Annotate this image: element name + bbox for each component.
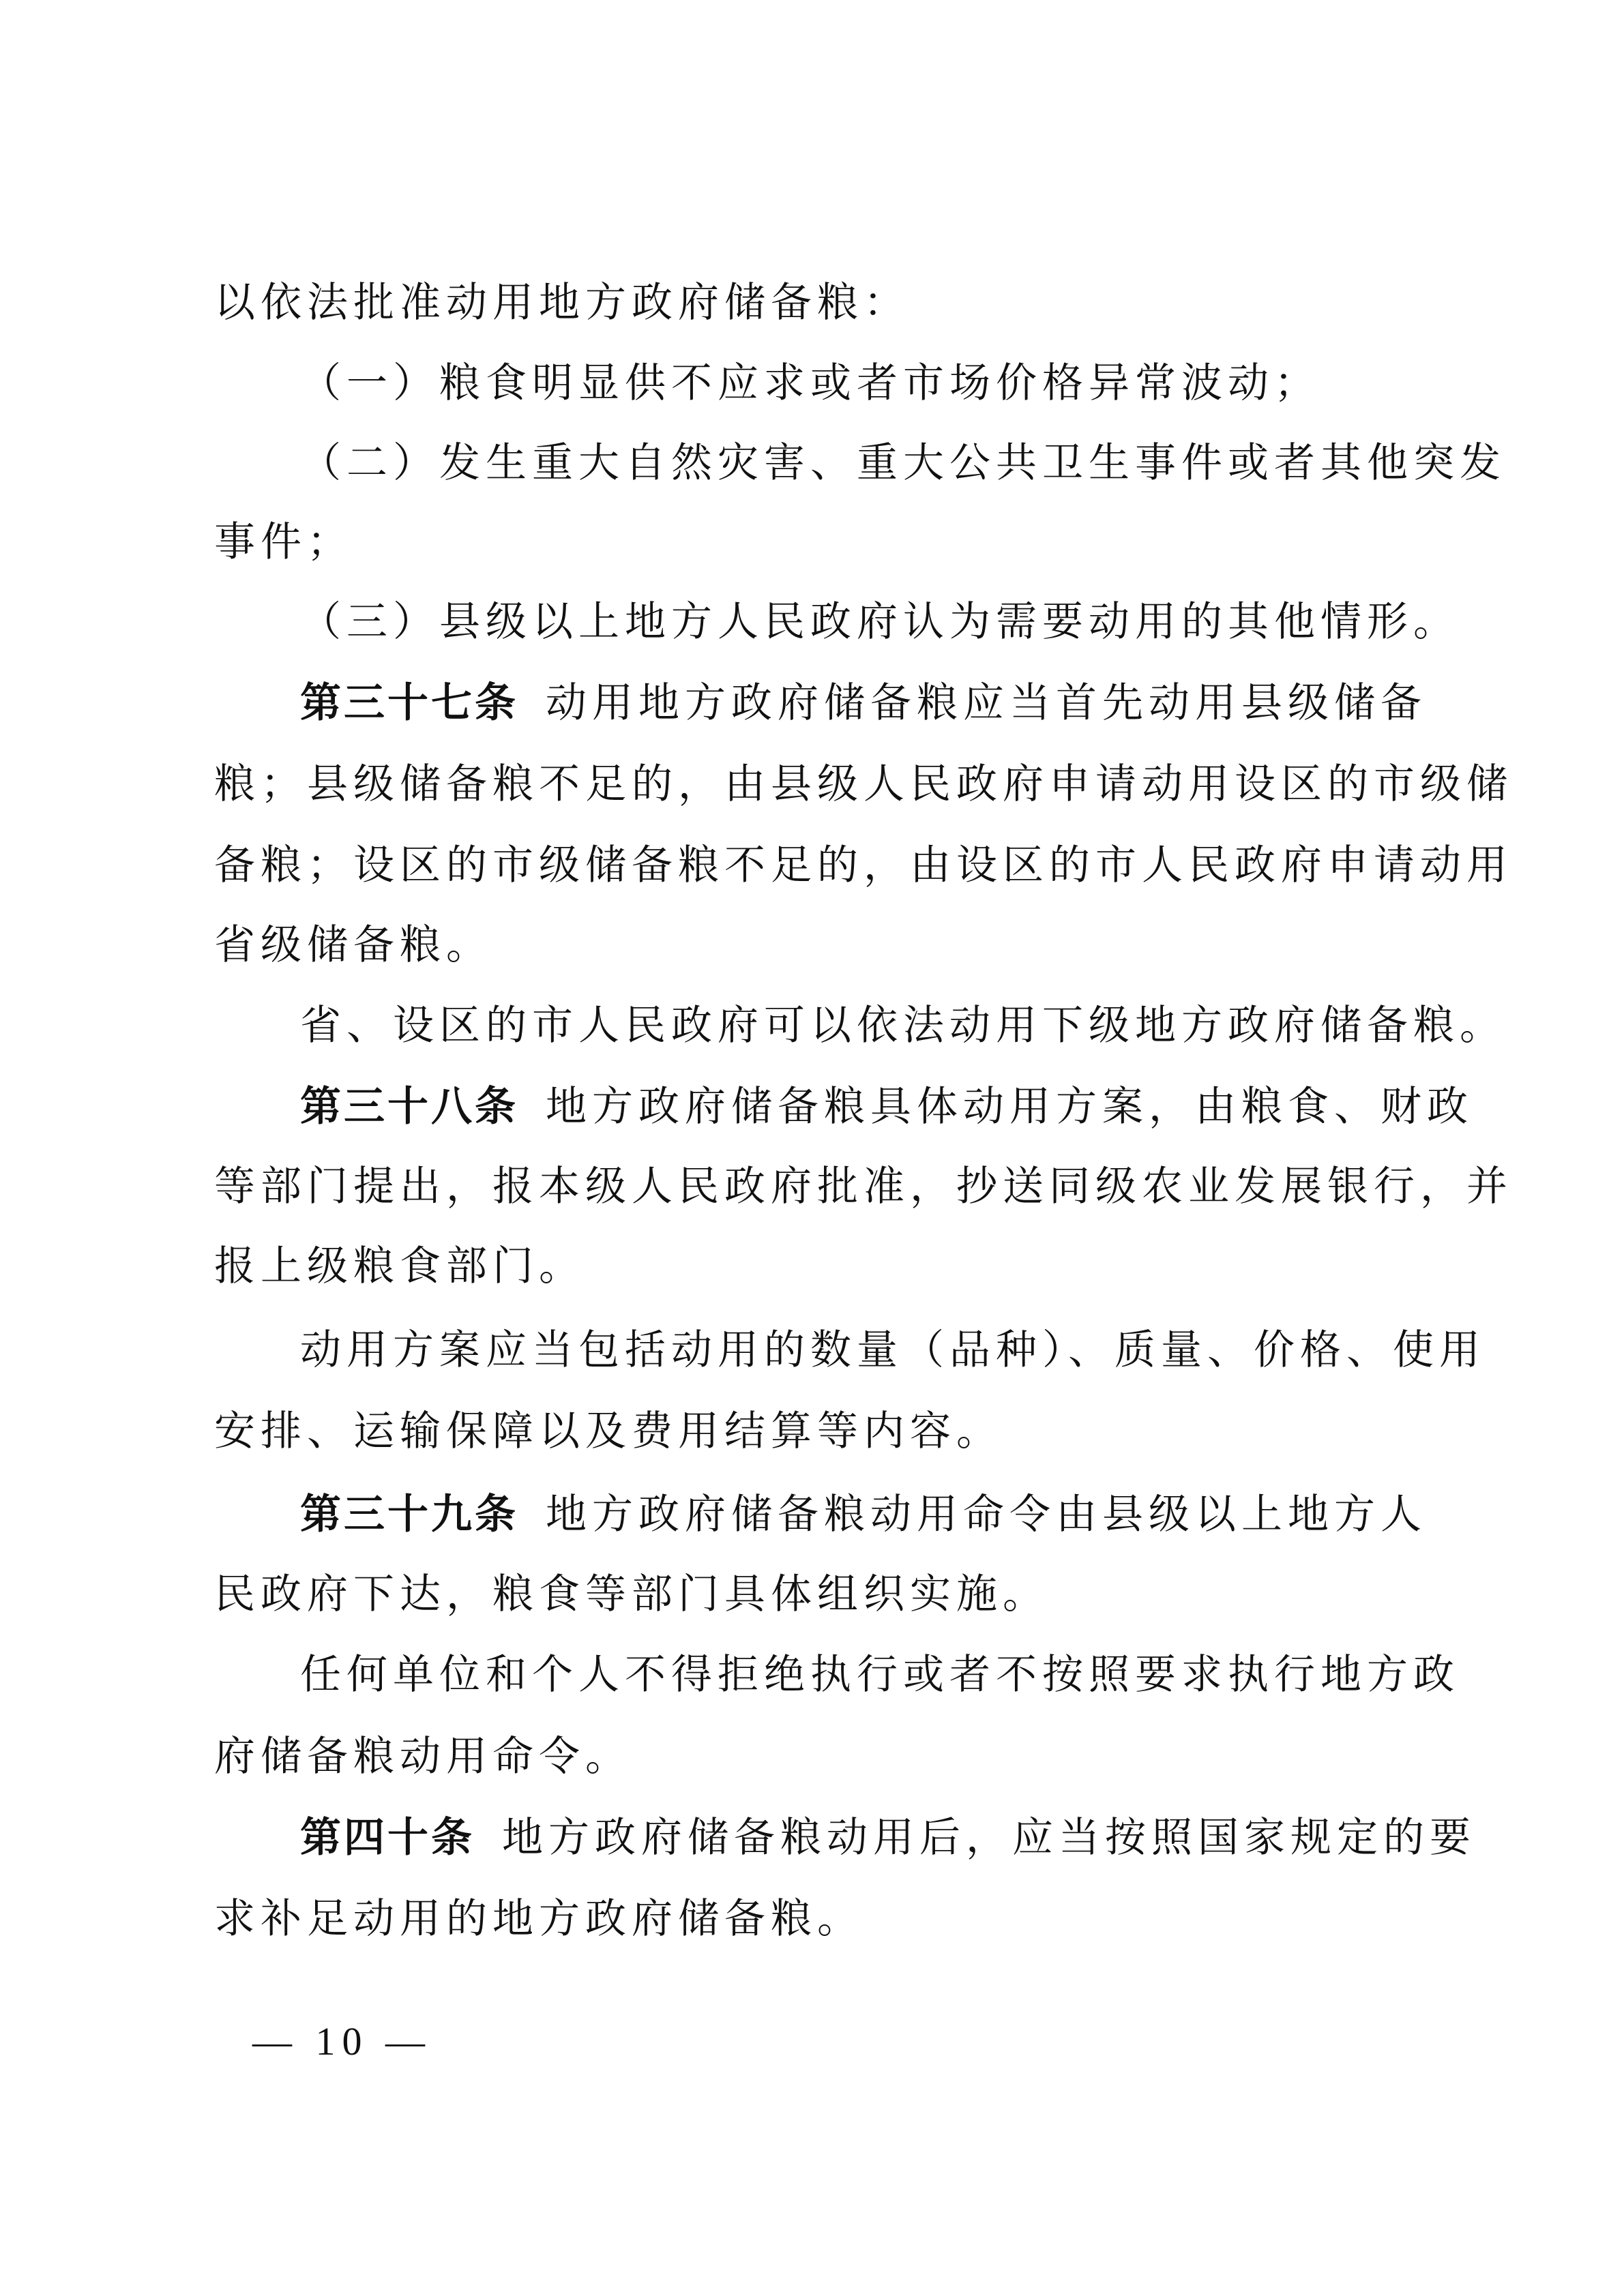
article-number: 第三十九条 [300,1491,518,1538]
list-item-1: （一）粮食明显供不应求或者市场价格异常波动； [300,359,1426,408]
article-38-line: 第三十八条地方政府储备粮具体动用方案，由粮食、财政 [300,1082,1426,1131]
paragraph-line: 省、设区的市人民政府可以依法动用下级地方政府储备粮。 [300,1001,1426,1050]
article-37-line: 第三十七条动用地方政府储备粮应当首先动用县级储备 [300,679,1426,728]
article-text: 动用地方政府储备粮应当首先动用县级储备 [546,679,1427,727]
list-item-2: （二）发生重大自然灾害、重大公共卫生事件或者其他突发 [300,438,1426,488]
article-text: 地方政府储备粮动用后，应当按照国家规定的要 [502,1814,1476,1862]
text-line: 事件； [214,518,1426,567]
text-line: 省级储备粮。 [214,921,1426,970]
text-line: 民政府下达，粮食等部门具体组织实施。 [214,1570,1426,1619]
text-line: 以依法批准动用地方政府储备粮： [214,278,1426,327]
list-item-3: （三）县级以上地方人民政府认为需要动用的其他情形。 [300,597,1426,646]
article-number: 第三十八条 [300,1083,518,1131]
text-line: 安排、运输保障以及费用结算等内容。 [214,1407,1426,1456]
article-39-line: 第三十九条地方政府储备粮动用命令由县级以上地方人 [300,1490,1426,1539]
text-line: 求补足动用的地方政府储备粮。 [214,1894,1426,1943]
text-line: 府储备粮动用命令。 [214,1732,1426,1781]
text-line: 粮；县级储备粮不足的，由县级人民政府申请动用设区的市级储 [214,760,1426,809]
text-line: 等部门提出，报本级人民政府批准，抄送同级农业发展银行，并 [214,1162,1426,1211]
page-number: — 10 — [252,2017,432,2066]
paragraph-line: 任何单位和个人不得拒绝执行或者不按照要求执行地方政 [300,1650,1426,1699]
article-text: 地方政府储备粮具体动用方案，由粮食、财政 [546,1083,1473,1131]
article-number: 第四十条 [300,1814,475,1862]
article-number: 第三十七条 [300,679,518,727]
text-line: 报上级粮食部门。 [214,1242,1426,1291]
document-page: 以依法批准动用地方政府储备粮： （一）粮食明显供不应求或者市场价格异常波动； （… [0,0,1624,2296]
article-40-line: 第四十条地方政府储备粮动用后，应当按照国家规定的要 [300,1813,1426,1862]
article-text: 地方政府储备粮动用命令由县级以上地方人 [546,1491,1427,1538]
paragraph-line: 动用方案应当包括动用的数量（品种）、质量、价格、使用 [300,1326,1426,1375]
text-line: 备粮；设区的市级储备粮不足的，由设区的市人民政府申请动用 [214,841,1426,890]
